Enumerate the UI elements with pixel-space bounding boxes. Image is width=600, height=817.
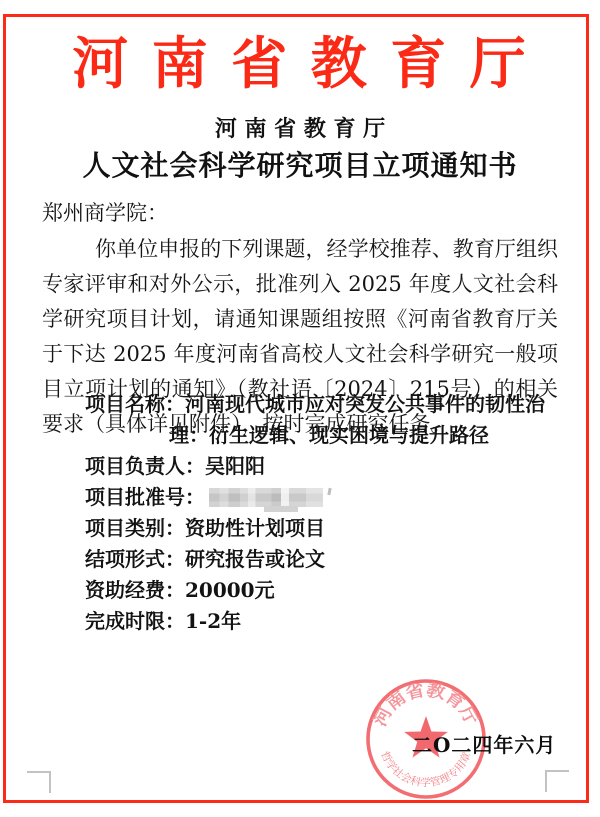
text-boundary-mark-bottom-left — [27, 771, 51, 793]
field-completion-form: 结项形式：研究报告或论文 — [85, 544, 560, 575]
document-title-agency: 河 南 省 教 育 厅 — [0, 112, 600, 143]
field-funding-label: 资助经费： — [85, 578, 185, 602]
field-project-category-value: 资助性计划项目 — [185, 516, 325, 540]
field-funding-value: 20000元 — [185, 578, 275, 602]
field-project-name: 项目名称：河南现代城市应对突发公共事件的韧性治理：衍生逻辑、现实困境与提升路径 — [169, 389, 560, 451]
field-time-limit-value: 1-2年 — [185, 609, 241, 633]
field-project-category-label: 项目类别： — [85, 516, 185, 540]
field-time-limit: 完成时限：1-2年 — [85, 606, 560, 637]
field-project-leader-label: 项目负责人： — [85, 454, 205, 478]
salutation: 郑州商学院： — [42, 198, 558, 228]
document-title-main: 人文社会科学研究项目立项通知书 — [0, 144, 600, 184]
redaction-blur-artifact — [264, 506, 298, 512]
issue-date: 二O二四年六月 — [412, 729, 556, 758]
project-fields: 项目名称：河南现代城市应对突发公共事件的韧性治理：衍生逻辑、现实困境与提升路径 … — [85, 389, 560, 637]
field-approval-number: 项目批准号： — [85, 482, 560, 513]
field-project-leader-value: 吴阳阳 — [205, 454, 265, 478]
redaction-blur-tick — [327, 488, 331, 495]
field-project-leader: 项目负责人：吴阳阳 — [85, 451, 560, 482]
field-funding: 资助经费：20000元 — [85, 575, 560, 606]
field-completion-form-value: 研究报告或论文 — [185, 547, 325, 571]
field-completion-form-label: 结项形式： — [85, 547, 185, 571]
text-boundary-mark-bottom-right — [545, 770, 569, 792]
field-time-limit-label: 完成时限： — [85, 609, 185, 633]
agency-banner: 河 南 省 教 育 厅 — [0, 20, 600, 100]
field-project-name-value: 河南现代城市应对突发公共事件的韧性治理：衍生逻辑、现实困境与提升路径 — [169, 392, 545, 447]
field-project-category: 项目类别：资助性计划项目 — [85, 513, 560, 544]
field-approval-number-label: 项目批准号： — [85, 485, 205, 509]
field-project-name-label: 项目名称： — [85, 392, 185, 416]
notice-document: 河 南 省 教 育 厅 河 南 省 教 育 厅 人文社会科学研究项目立项通知书 … — [0, 0, 600, 817]
approval-number-redaction-blur — [209, 488, 323, 507]
